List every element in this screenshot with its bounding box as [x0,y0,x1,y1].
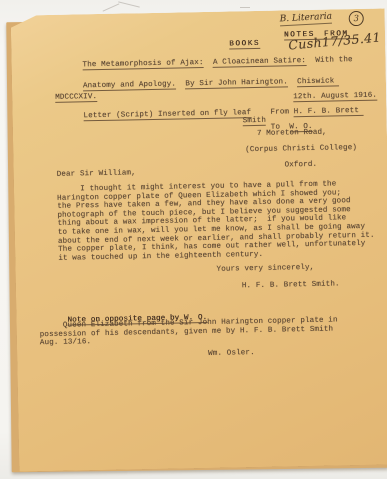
address-line-3: Oxford. [284,161,317,170]
book-title-subtitle: A Cloacinean Satire: [213,57,306,68]
letter-body: I thought it might interest you to have … [57,180,380,264]
address-line-2: (Corpus Christi College) [245,144,357,155]
insert-label: Letter (Script) Inserted on fly leaf [55,100,251,130]
sender-signature: H. F. B. Brett Smith. [242,280,340,290]
insert-label-text: Letter (Script) Inserted on fly leaf [83,109,251,121]
letter-paper: B. Literaria 3 NOTES FROM BOOKS Cush17/3… [11,9,387,472]
scanned-letter-page: B. Literaria 3 NOTES FROM BOOKS Cush17/3… [0,0,387,479]
address-line-1: 7 Moreton Road, [257,129,327,139]
pencil-scribble [240,7,250,8]
salutation: Dear Sir William, [57,169,136,179]
closing: Yours very sincerely, [216,264,314,274]
book-title-anatomy: Anatomy and Apology. [83,81,176,92]
book-title-with-the: With the [315,57,352,66]
pencil-scribble [118,1,140,7]
note-signature: Wm. Osler. [208,349,255,358]
note-body: Queen Elizabeth from the Sir John Haring… [40,316,370,348]
pencil-scribble [103,3,120,11]
book-title-main: The Metamorphosis of Ajax: [82,59,203,70]
